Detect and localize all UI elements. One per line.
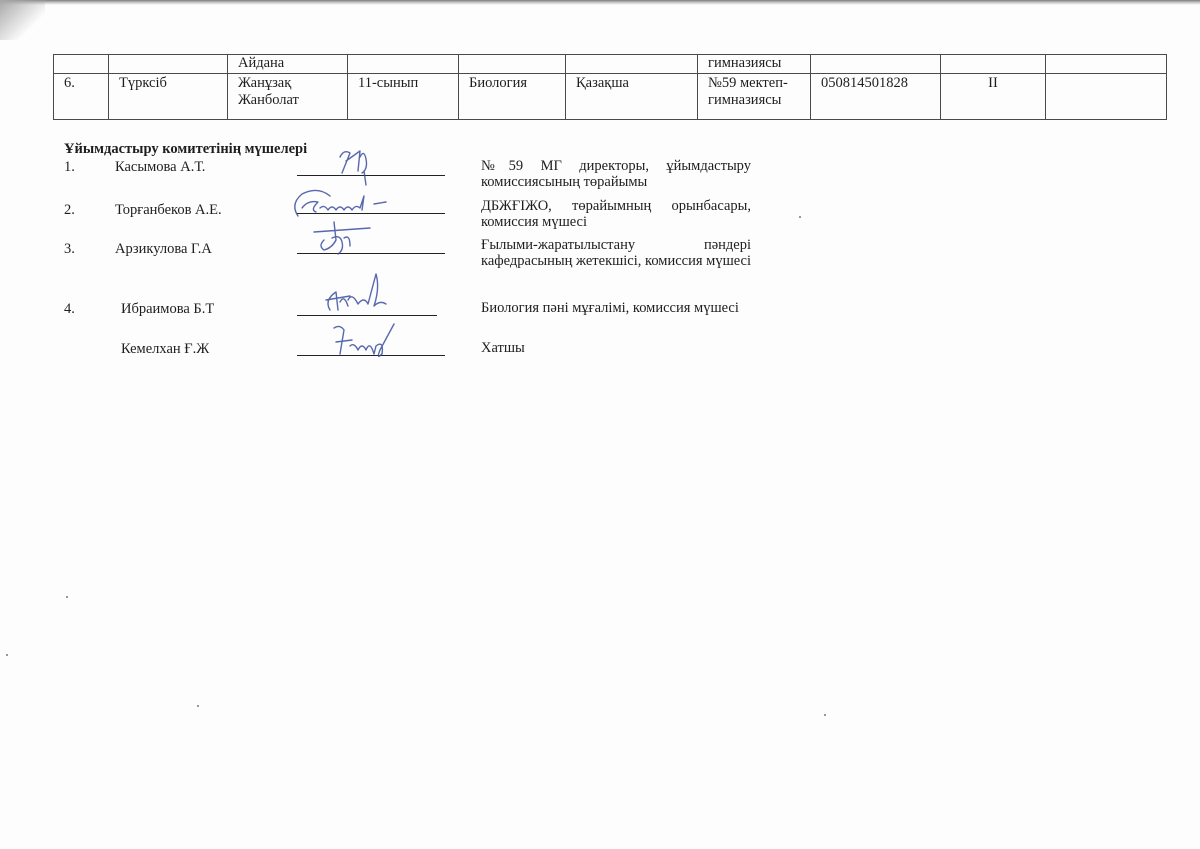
table-row: 6. Түрксіб Жанұзақ Жанболат 11-сынып Био… <box>54 74 1167 120</box>
signature-line <box>297 315 437 316</box>
member-number: 3. <box>64 241 104 257</box>
member-role: Ғылыми-жаратылыстану пәндері кафедрасыны… <box>481 237 751 269</box>
committee-title: Ұйымдастыру комитетінің мүшелері <box>64 141 307 158</box>
member-role: ДБЖҒІЖО, төрайымның орынбасары, комиссия… <box>481 198 751 230</box>
scan-speck <box>6 654 8 656</box>
scan-speck <box>824 714 826 716</box>
cell-school: гимназиясы <box>698 55 811 74</box>
cell-id <box>811 55 941 74</box>
cell-grade <box>348 55 459 74</box>
scan-speck <box>197 705 199 707</box>
scan-speck <box>66 596 68 598</box>
results-table: Айдана гимназиясы 6. Түрксіб Жанұзақ Жан… <box>53 54 1167 120</box>
signature-4-icon <box>320 270 400 320</box>
cell-district: Түрксіб <box>109 74 228 120</box>
member-number: 1. <box>64 159 104 175</box>
scan-top-edge <box>0 0 1200 5</box>
cell-extra <box>1046 74 1167 120</box>
cell-id: 050814501828 <box>811 74 941 120</box>
member-name: Кемелхан Ғ.Ж <box>121 341 209 357</box>
cell-extra <box>1046 55 1167 74</box>
signature-3-icon <box>310 220 380 260</box>
cell-language <box>566 55 698 74</box>
member-role: Хатшы <box>481 340 751 356</box>
table-row: Айдана гимназиясы <box>54 55 1167 74</box>
member-name: Торғанбеков А.Е. <box>115 202 222 218</box>
member-name: Касымова А.Т. <box>115 159 205 175</box>
cell-language: Қазақша <box>566 74 698 120</box>
cell-number <box>54 55 109 74</box>
scan-corner-shadow <box>0 0 45 40</box>
cell-subject <box>459 55 566 74</box>
member-name: Ибраимова Б.Т <box>121 301 214 317</box>
signature-line <box>297 355 445 356</box>
cell-number: 6. <box>54 74 109 120</box>
member-number: 4. <box>64 301 104 317</box>
signature-line <box>297 175 445 176</box>
signature-line <box>297 253 445 254</box>
cell-grade: 11-сынып <box>348 74 459 120</box>
member-number: 2. <box>64 202 104 218</box>
cell-school: №59 мектеп-гимназиясы <box>698 74 811 120</box>
member-role: Биология пәні мұғалімі, комиссия мүшесі <box>481 300 751 316</box>
scan-speck <box>799 216 801 218</box>
cell-place <box>941 55 1046 74</box>
signature-2-icon <box>288 186 413 226</box>
signature-1-icon <box>330 143 380 188</box>
signature-5-icon <box>330 320 405 365</box>
member-role: №59 МГ директоры, ұйымдастыру комиссиясы… <box>481 158 751 190</box>
cell-student: Айдана <box>228 55 348 74</box>
cell-place: II <box>941 74 1046 120</box>
member-name: Арзикулова Г.А <box>115 241 212 257</box>
cell-district <box>109 55 228 74</box>
signature-line <box>297 213 445 214</box>
cell-subject: Биология <box>459 74 566 120</box>
cell-student: Жанұзақ Жанболат <box>228 74 348 120</box>
